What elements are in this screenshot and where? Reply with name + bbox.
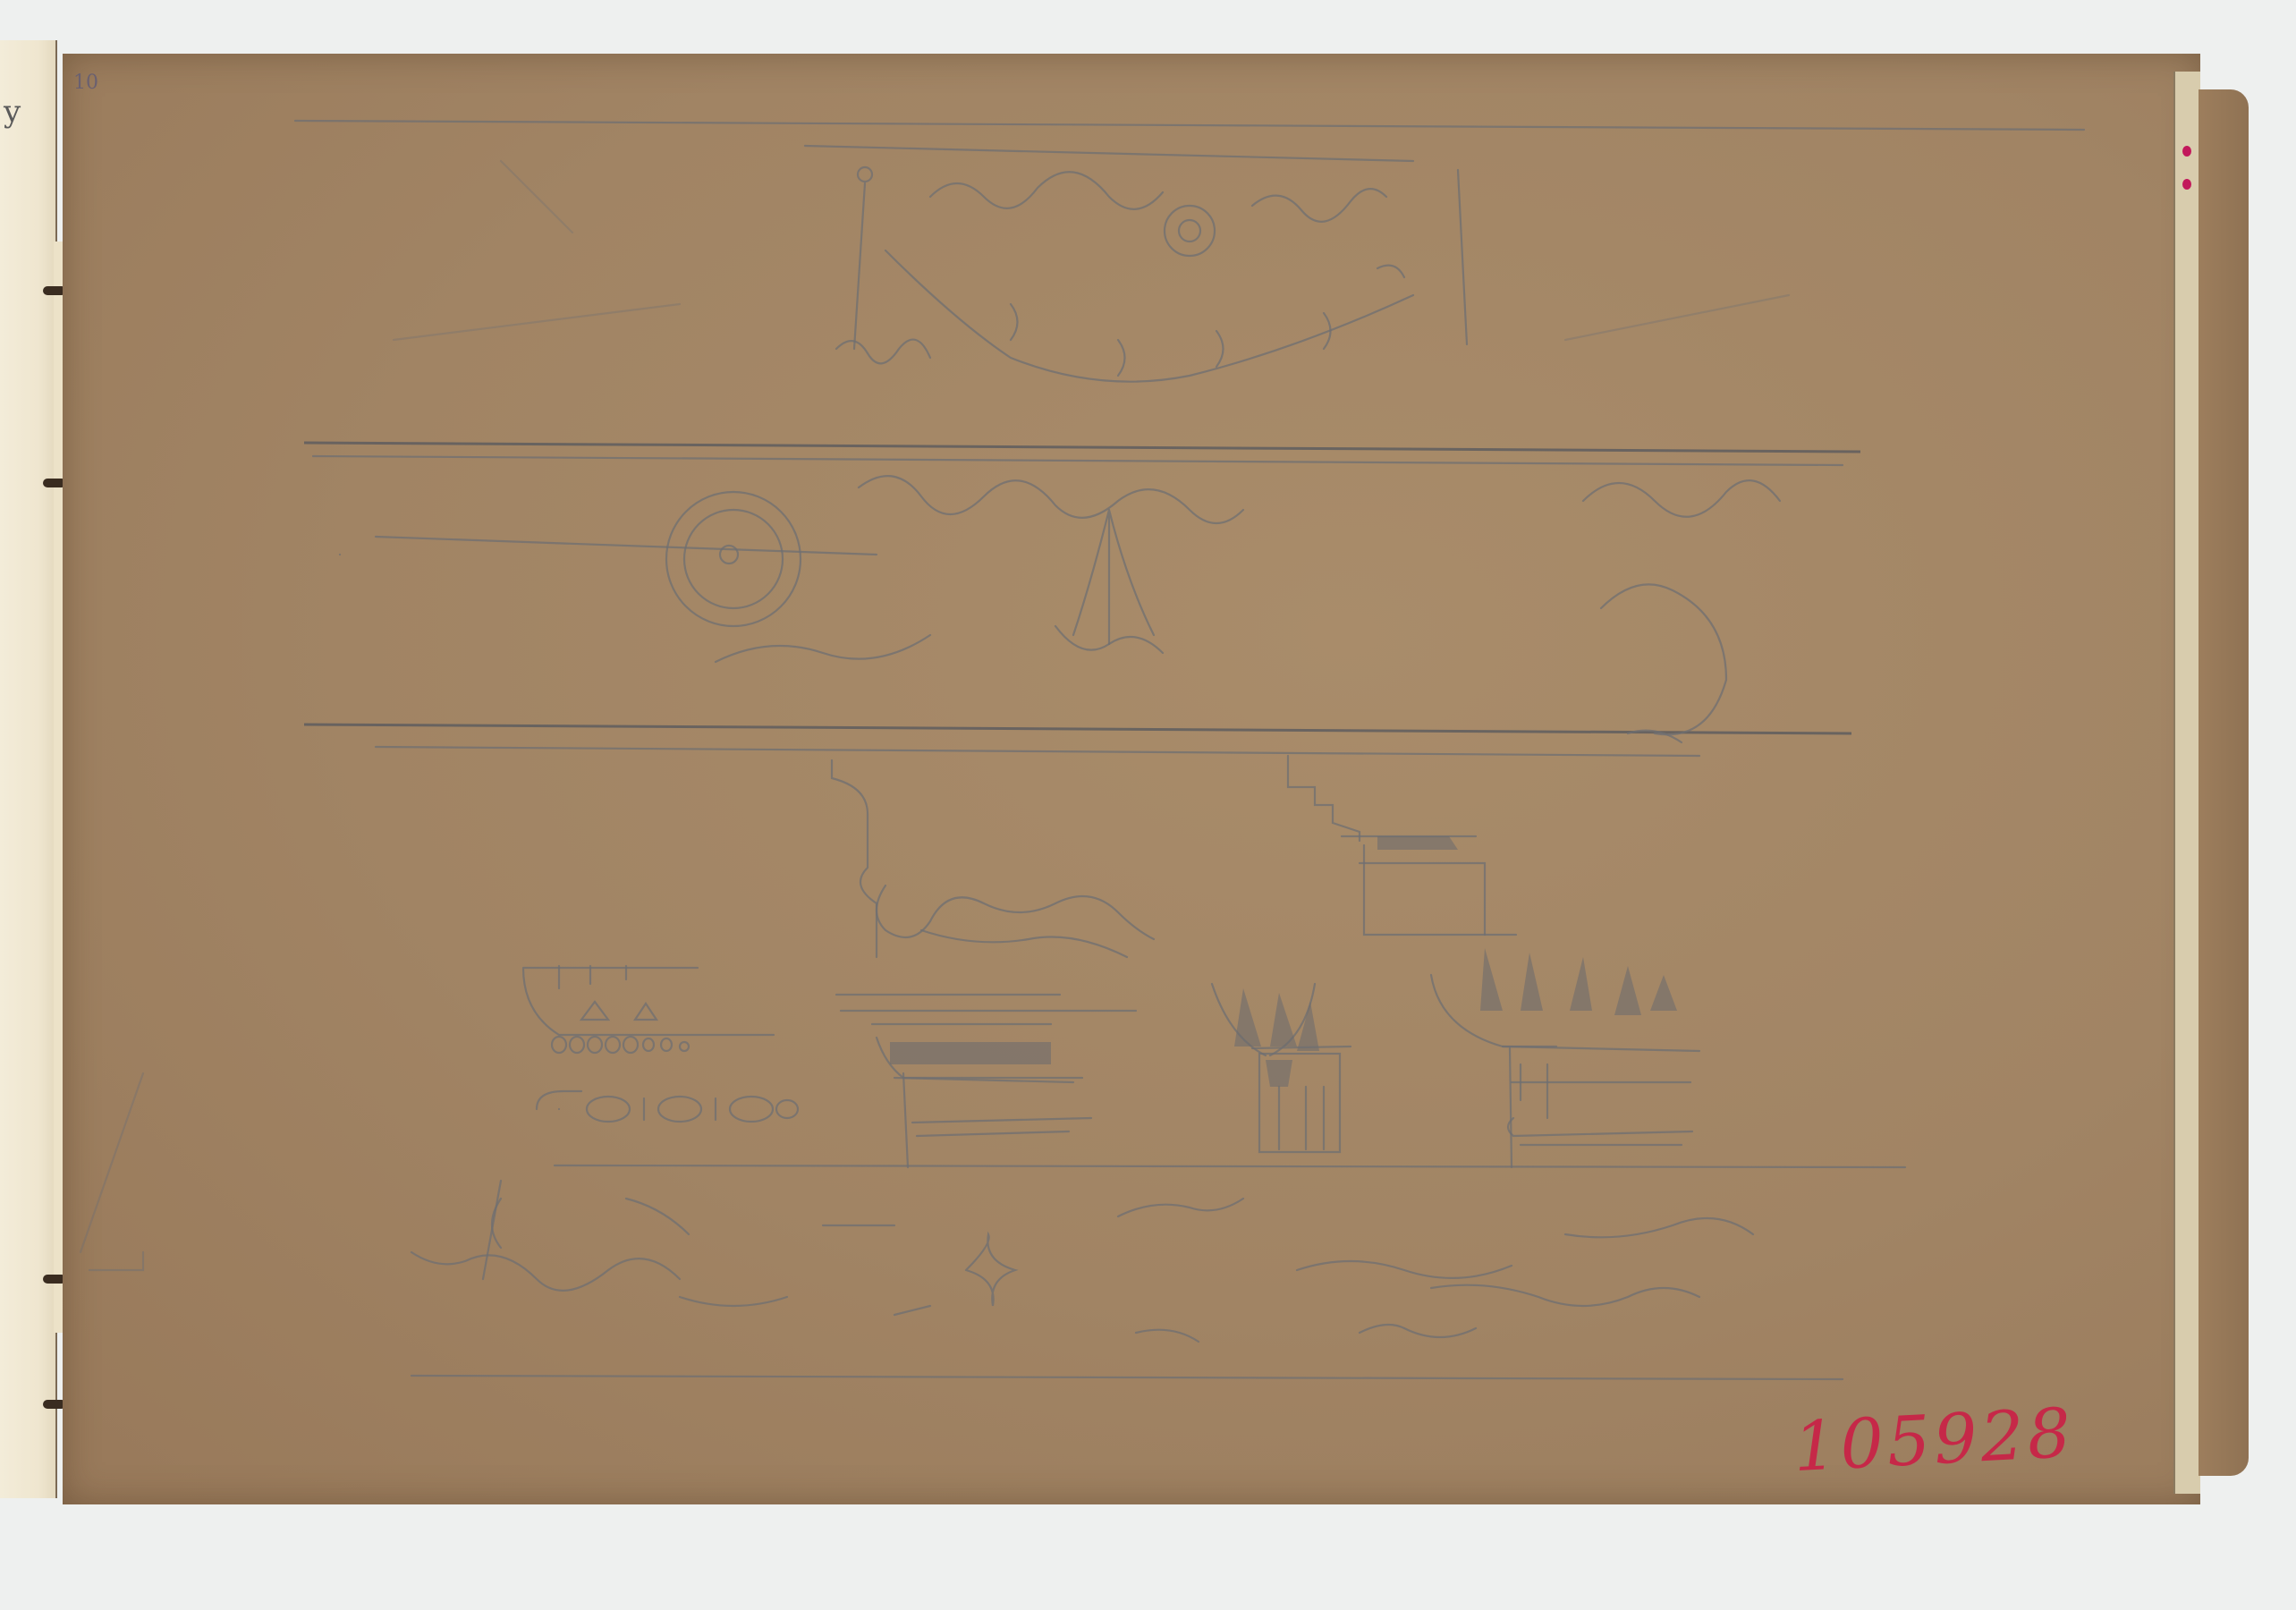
egg-and-dart-moulding xyxy=(523,966,798,1122)
pencil-sketches xyxy=(0,0,2296,1610)
construction-lines xyxy=(80,161,1789,1270)
accession-number: 105928 xyxy=(1792,1393,2076,1487)
moulded-capital xyxy=(836,995,1136,1167)
cornice-profiles xyxy=(832,756,1516,957)
rosette-scroll-frieze xyxy=(340,476,1780,742)
scroll-band xyxy=(411,1181,1753,1342)
palmette-capital xyxy=(1212,984,1351,1152)
garland-frieze-top xyxy=(836,167,1467,382)
acanthus-scroll xyxy=(877,885,1154,957)
lotus-capital xyxy=(1431,948,1699,1167)
ruled-lines xyxy=(295,121,2084,1379)
